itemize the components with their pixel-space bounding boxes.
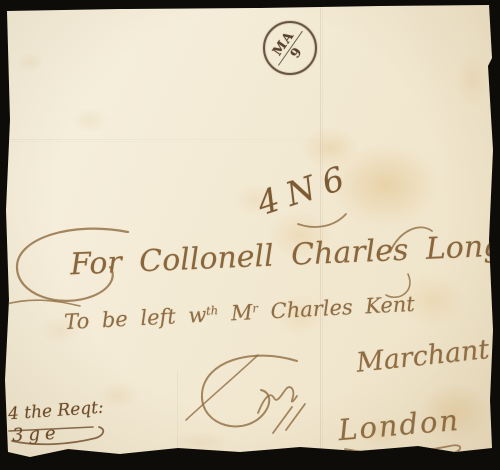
rate-mark-underswash (298, 214, 346, 227)
photo-background: MA 9 4N6 For Collonell Charles Long To b… (0, 0, 500, 470)
address-city: London (337, 403, 462, 448)
paraph-slash-2 (286, 404, 305, 430)
care-of-text-2: M (218, 300, 253, 326)
london-underline-flourish (345, 445, 460, 457)
paraph-loop (202, 356, 297, 427)
minor-fold-crease (177, 370, 179, 460)
paraph-crossing-stroke (186, 355, 258, 420)
paraph-m-stroke (258, 387, 297, 413)
address-occupation: Marchant (355, 334, 491, 379)
care-of-text-3: Charles Kent (257, 292, 415, 324)
horizontal-fold-crease (7, 139, 342, 142)
vertical-fold-crease (320, 6, 323, 456)
letter-cover-paper: MA 9 4N6 For Collonell Charles Long To b… (0, 0, 500, 470)
endorsement-line-2: 3ge (11, 423, 61, 447)
bishop-mark-postmark-icon: MA 9 (263, 21, 317, 75)
paraph-slash-1 (273, 407, 292, 433)
care-of-text-1: To be left w (64, 303, 207, 334)
postmark-day: 9 (288, 45, 304, 61)
postmark-inner: MA 9 (255, 13, 325, 83)
address-recipient-line: For Collonell Charles Long (69, 229, 500, 283)
care-of-lead-in-stroke (3, 300, 80, 306)
manuscript-rate-mark: 4N6 (252, 156, 357, 223)
endorsement-line-1: 4 the Reqt: (7, 398, 104, 425)
address-care-of-line: To be left wth Mr Charles Kent (64, 292, 416, 334)
